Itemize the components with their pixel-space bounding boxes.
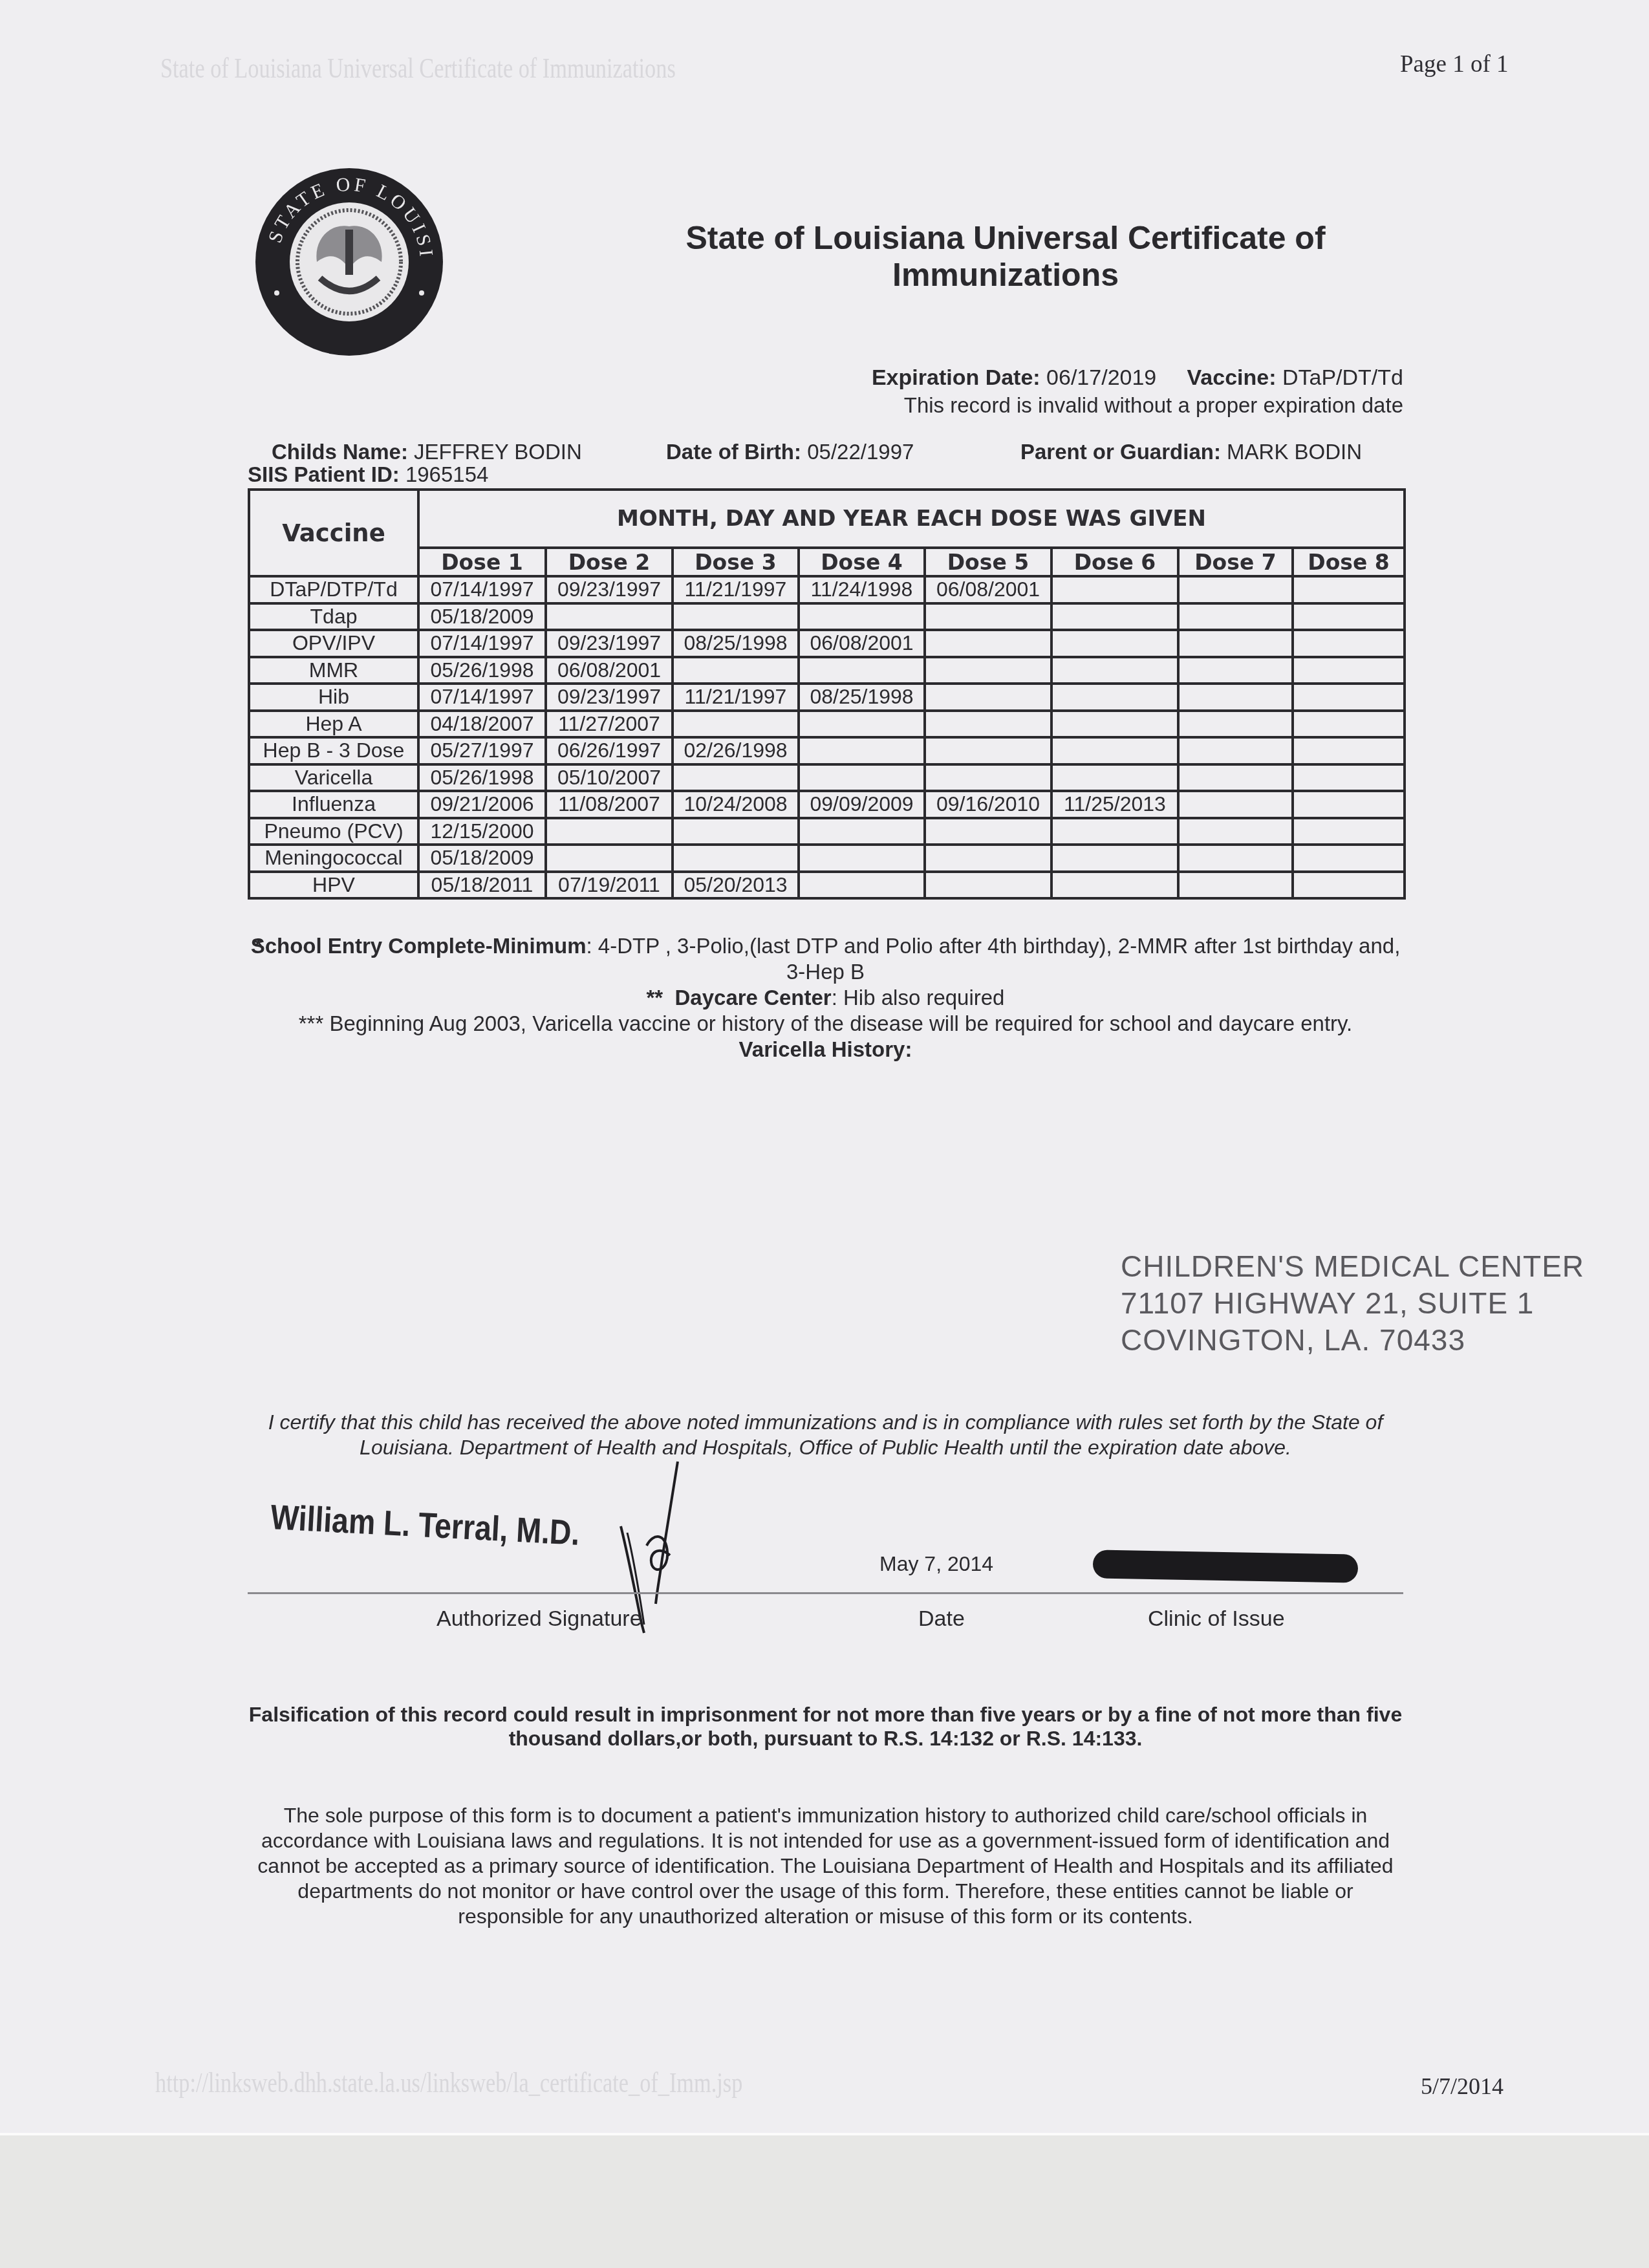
falsification-notice: Falsification of this record could resul… [248, 1703, 1403, 1751]
dose-date-cell [1293, 711, 1405, 738]
dose-date-cell: 11/21/1997 [673, 576, 799, 603]
school-note-text: : 4-DTP , 3-Polio,(last DTP and Polio af… [587, 934, 1401, 984]
dose-date-cell: 09/23/1997 [546, 630, 673, 657]
dose-date-cell [1051, 684, 1178, 711]
dose-date-cell [925, 657, 1051, 684]
guardian-value: MARK BODIN [1227, 440, 1362, 464]
dose-date-cell [1293, 684, 1405, 711]
dose-header: Dose 4 [799, 548, 925, 576]
dose-date-cell: 09/16/2010 [925, 791, 1051, 818]
dose-date-cell: 06/08/2001 [925, 576, 1051, 603]
clinic-stamp-name: CHILDREN'S MEDICAL CENTER [1121, 1248, 1584, 1285]
dose-group-header: MONTH, DAY AND YEAR EACH DOSE WAS GIVEN [418, 490, 1405, 548]
dose-date-cell [799, 818, 925, 845]
dose-date-cell [925, 684, 1051, 711]
dose-date-cell: 08/25/1998 [799, 684, 925, 711]
dose-date-cell [1178, 657, 1293, 684]
dose-date-cell [925, 818, 1051, 845]
dose-date-cell [1178, 603, 1293, 631]
daycare-note-text: : Hib also required [832, 986, 1005, 1010]
dose-date-cell [1178, 791, 1293, 818]
dose-header: Dose 6 [1051, 548, 1178, 576]
dose-date-cell [1051, 711, 1178, 738]
dose-date-cell [1051, 603, 1178, 631]
immunization-table: Vaccine MONTH, DAY AND YEAR EACH DOSE WA… [248, 488, 1406, 900]
dose-date-cell: 09/23/1997 [546, 576, 673, 603]
dose-date-cell [546, 845, 673, 872]
expiration-line: Expiration Date: 06/17/2019 Vaccine: DTa… [872, 365, 1403, 391]
school-note-label: School Entry Complete-Minimum [251, 934, 587, 958]
dose-date-cell [1051, 818, 1178, 845]
vaccine-name: HPV [249, 872, 418, 899]
vaccine-name: MMR [249, 657, 418, 684]
dose-date-cell [546, 603, 673, 631]
table-row: Hep B - 3 Dose05/27/199706/26/199702/26/… [249, 737, 1405, 764]
dose-date-cell [1178, 818, 1293, 845]
vaccine-name: Pneumo (PCV) [249, 818, 418, 845]
dose-date-cell [1293, 845, 1405, 872]
daycare-note: ** Daycare Center: Hib also required [248, 985, 1403, 1011]
school-note-marker: * [254, 933, 263, 959]
dose-date-cell: 05/18/2009 [418, 603, 546, 631]
expiration-date: 06/17/2019 [1046, 365, 1156, 390]
state-seal-icon: STATE OF LOUISIANA [252, 165, 446, 359]
vaccine-column-header: Vaccine [249, 490, 418, 576]
dose-date-cell [1293, 872, 1405, 899]
dose-date-cell: 05/26/1998 [418, 764, 546, 792]
child-name: Childs Name: JEFFREY BODIN [272, 440, 582, 464]
vaccine-name: Varicella [249, 764, 418, 792]
siis-patient-id: SIIS Patient ID: 1965154 [248, 462, 488, 487]
dose-date-cell [1293, 657, 1405, 684]
vaccine-name: Meningococcal [249, 845, 418, 872]
table-row: Meningococcal05/18/2009 [249, 845, 1405, 872]
dob-label: Date of Birth: [666, 440, 801, 464]
dose-date-cell: 05/10/2007 [546, 764, 673, 792]
dose-date-cell [799, 657, 925, 684]
dose-date-cell: 09/09/2009 [799, 791, 925, 818]
bleed-through-title: State of Louisiana Universal Certificate… [160, 52, 676, 85]
dose-date-cell [1051, 630, 1178, 657]
dob-value: 05/22/1997 [807, 440, 914, 464]
dose-date-cell [799, 764, 925, 792]
clinic-stamp: CHILDREN'S MEDICAL CENTER 71107 HIGHWAY … [1121, 1248, 1584, 1359]
vaccine-name: Hep A [249, 711, 418, 738]
dose-date-cell: 12/15/2000 [418, 818, 546, 845]
table-row: Pneumo (PCV)12/15/2000 [249, 818, 1405, 845]
dose-date-cell: 11/27/2007 [546, 711, 673, 738]
table-row: Hep A04/18/200711/27/2007 [249, 711, 1405, 738]
dose-header: Dose 3 [673, 548, 799, 576]
dose-date-cell [1293, 818, 1405, 845]
dose-date-cell: 02/26/1998 [673, 737, 799, 764]
dose-date-cell: 11/08/2007 [546, 791, 673, 818]
table-row: Tdap05/18/2009 [249, 603, 1405, 631]
dose-date-cell [1178, 711, 1293, 738]
table-row: HPV05/18/201107/19/201105/20/2013 [249, 872, 1405, 899]
dose-date-cell [925, 630, 1051, 657]
page-indicator: Page 1 of 1 [1400, 50, 1509, 78]
daycare-note-label: Daycare Center [675, 986, 832, 1010]
dose-date-cell: 08/25/1998 [673, 630, 799, 657]
dose-date-cell [1178, 845, 1293, 872]
dose-date-cell [1293, 764, 1405, 792]
dose-date-cell: 07/14/1997 [418, 576, 546, 603]
dose-date-cell [925, 737, 1051, 764]
dose-date-cell [799, 872, 925, 899]
dose-date-cell: 10/24/2008 [673, 791, 799, 818]
dose-date-cell [1051, 576, 1178, 603]
varicella-note: *** Beginning Aug 2003, Varicella vaccin… [248, 1011, 1403, 1037]
dose-date-cell [1051, 657, 1178, 684]
dose-date-cell [1293, 576, 1405, 603]
date-of-birth: Date of Birth: 05/22/1997 [666, 440, 914, 464]
vaccine-name: OPV/IPV [249, 630, 418, 657]
dose-header: Dose 7 [1178, 548, 1293, 576]
dose-header: Dose 5 [925, 548, 1051, 576]
dose-date-cell: 05/26/1998 [418, 657, 546, 684]
certification-statement: I certify that this child has received t… [248, 1410, 1403, 1460]
dose-date-cell: 06/08/2001 [799, 630, 925, 657]
bleed-through-url: http://linksweb.dhh.state.la.us/linksweb… [155, 2066, 742, 2099]
siis-label: SIIS Patient ID: [248, 462, 400, 486]
table-row: MMR05/26/199806/08/2001 [249, 657, 1405, 684]
date-label: Date [918, 1606, 965, 1632]
dose-date-cell [925, 845, 1051, 872]
expiration-label: Expiration Date: [872, 365, 1040, 390]
print-date: 5/7/2014 [1421, 2073, 1503, 2100]
dose-date-cell [1051, 845, 1178, 872]
dose-date-cell: 05/20/2013 [673, 872, 799, 899]
parent-guardian: Parent or Guardian: MARK BODIN [1020, 440, 1362, 464]
dose-date-cell [925, 764, 1051, 792]
dose-date-cell [925, 711, 1051, 738]
doctor-name-stamp: William L. Terral, M.D. [270, 1497, 581, 1553]
dose-date-cell [1178, 872, 1293, 899]
signature-date: May 7, 2014 [879, 1552, 993, 1576]
vaccine-name: Tdap [249, 603, 418, 631]
dose-date-cell [1051, 737, 1178, 764]
dose-date-cell: 11/21/1997 [673, 684, 799, 711]
dose-date-cell [673, 711, 799, 738]
dose-date-cell [1293, 737, 1405, 764]
dose-date-cell [925, 872, 1051, 899]
dose-date-cell [799, 737, 925, 764]
authorized-signature-label: Authorized Signature [436, 1606, 642, 1632]
varicella-history-label: Varicella History: [248, 1037, 1403, 1063]
dose-date-cell: 09/21/2006 [418, 791, 546, 818]
dose-date-cell [1293, 791, 1405, 818]
dose-date-cell: 07/19/2011 [546, 872, 673, 899]
dose-date-cell [799, 845, 925, 872]
dose-date-cell [1178, 684, 1293, 711]
dose-header: Dose 8 [1293, 548, 1405, 576]
school-entry-note: * School Entry Complete-Minimum: 4-DTP ,… [248, 933, 1403, 985]
guardian-label: Parent or Guardian: [1020, 440, 1221, 464]
vaccine-value: DTaP/DT/Td [1282, 365, 1403, 390]
clinic-of-issue-label: Clinic of Issue [1148, 1606, 1285, 1632]
dose-date-cell: 06/08/2001 [546, 657, 673, 684]
dose-date-cell: 05/27/1997 [418, 737, 546, 764]
scanner-background [0, 2133, 1649, 2268]
dose-header: Dose 2 [546, 548, 673, 576]
table-row: OPV/IPV07/14/199709/23/199708/25/199806/… [249, 630, 1405, 657]
vaccine-name: Influenza [249, 791, 418, 818]
clinic-stamp-address: 71107 HIGHWAY 21, SUITE 1 [1121, 1285, 1584, 1322]
daycare-note-marker: ** [647, 986, 663, 1010]
vaccine-name: DTaP/DTP/Td [249, 576, 418, 603]
signature-line [248, 1592, 1403, 1594]
dose-date-cell [1293, 630, 1405, 657]
dose-date-cell [1178, 576, 1293, 603]
table-row: DTaP/DTP/Td07/14/199709/23/199711/21/199… [249, 576, 1405, 603]
dose-date-cell [1178, 764, 1293, 792]
dose-date-cell [799, 711, 925, 738]
clinic-stamp-city: COVINGTON, LA. 70433 [1121, 1322, 1584, 1359]
dose-date-cell [673, 818, 799, 845]
dose-date-cell [1178, 737, 1293, 764]
dose-date-cell: 05/18/2009 [418, 845, 546, 872]
dose-date-cell: 11/24/1998 [799, 576, 925, 603]
dose-date-cell: 07/14/1997 [418, 630, 546, 657]
dose-date-cell [1051, 764, 1178, 792]
purpose-notice: The sole purpose of this form is to docu… [248, 1803, 1403, 1929]
vaccine-name: Hib [249, 684, 418, 711]
dose-date-cell [673, 603, 799, 631]
dose-date-cell [1051, 872, 1178, 899]
dose-date-cell [925, 603, 1051, 631]
dose-date-cell [1178, 630, 1293, 657]
page-title: State of Louisiana Universal Certificate… [647, 220, 1364, 294]
child-name-label: Childs Name: [272, 440, 408, 464]
table-row: Influenza09/21/200611/08/200710/24/20080… [249, 791, 1405, 818]
child-name-value: JEFFREY BODIN [414, 440, 582, 464]
dose-date-cell [546, 818, 673, 845]
siis-value: 1965154 [405, 462, 488, 486]
dose-date-cell: 05/18/2011 [418, 872, 546, 899]
vaccine-label: Vaccine: [1187, 365, 1277, 390]
dose-header: Dose 1 [418, 548, 546, 576]
dose-date-cell [673, 764, 799, 792]
expiration-note: This record is invalid without a proper … [904, 393, 1403, 418]
dose-date-cell [799, 603, 925, 631]
table-row: Hib07/14/199709/23/199711/21/199708/25/1… [249, 684, 1405, 711]
dose-date-cell [673, 657, 799, 684]
dose-date-cell: 06/26/1997 [546, 737, 673, 764]
dose-date-cell: 09/23/1997 [546, 684, 673, 711]
vaccine-name: Hep B - 3 Dose [249, 737, 418, 764]
dose-date-cell: 11/25/2013 [1051, 791, 1178, 818]
dose-date-cell [673, 845, 799, 872]
dose-date-cell [1293, 603, 1405, 631]
dose-date-cell: 04/18/2007 [418, 711, 546, 738]
redacted-clinic-marker [1093, 1550, 1359, 1582]
table-row: Varicella05/26/199805/10/2007 [249, 764, 1405, 792]
dose-date-cell: 07/14/1997 [418, 684, 546, 711]
